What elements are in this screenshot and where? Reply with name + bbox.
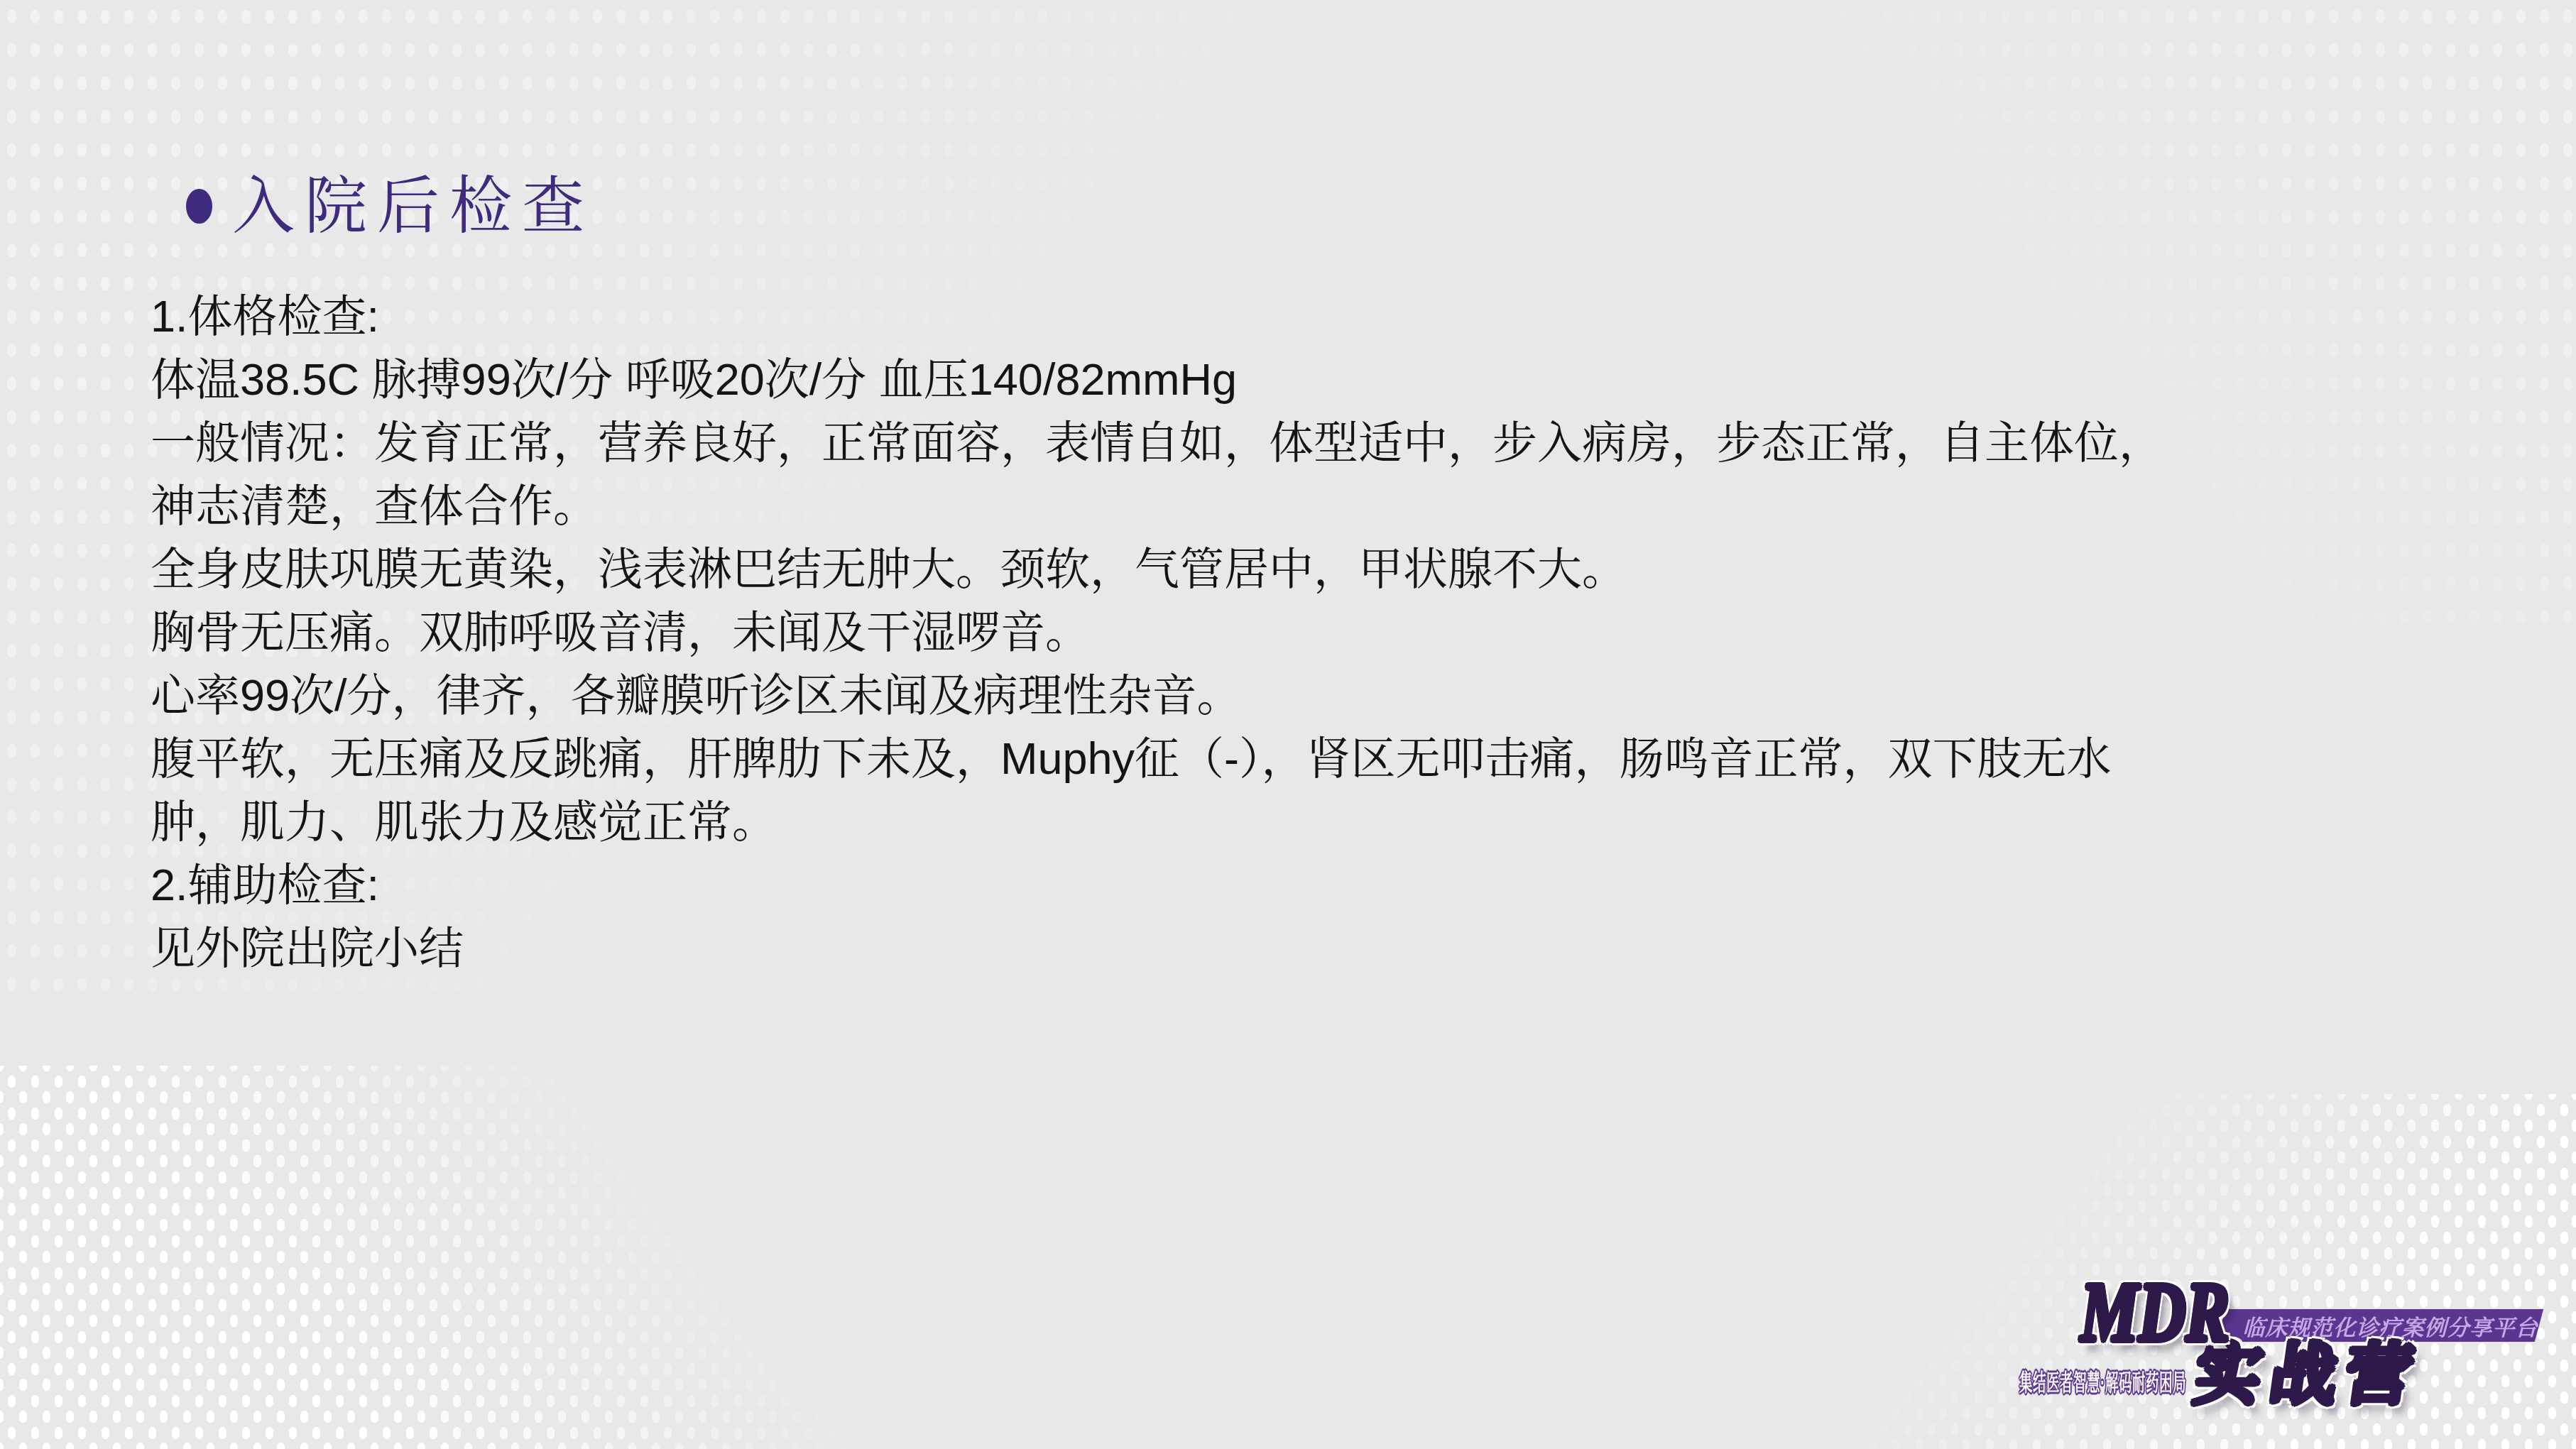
body-line: 一般情况：发育正常，营养良好，正常面容，表情自如，体型适中，步入病房，步态正常，… — [151, 412, 2163, 475]
body-line: 全身皮肤巩膜无黄染，浅表淋巴结无肿大。颈软，气管居中，甲状腺不大。 — [151, 538, 2163, 601]
slide-title: 入院后检查 — [232, 173, 594, 239]
body-line: 1.体格检查: — [151, 285, 2163, 349]
body-line: 胸骨无压痛。双肺呼吸音清，未闻及干湿啰音。 — [151, 601, 2163, 665]
body-line: 肿，肌力、肌张力及感觉正常。 — [151, 791, 2163, 854]
body-line: 2.辅助检查: — [151, 854, 2163, 917]
title-bullet-icon — [186, 189, 212, 224]
logo-tagline-text: 临床规范化诊疗案例分享平台 — [2241, 1310, 2545, 1342]
logo-slogan-text: 集结医者智慧·解码耐药困局 — [2019, 1365, 2186, 1398]
dots-pattern-bottom-left — [0, 1066, 1101, 1449]
body-line: 体温38.5C 脉搏99次/分 呼吸20次/分 血压140/82mmHg — [151, 349, 2163, 412]
mdr-logo: 临床规范化诊疗案例分享平台 MDR 实战营 集结医者智慧·解码耐药困局 — [2009, 1282, 2576, 1449]
body-line: 腹平软，无压痛及反跳痛，肝脾肋下未及，Muphy征（-），肾区无叩击痛，肠鸣音正… — [151, 728, 2163, 791]
body-line: 神志清楚，查体合作。 — [151, 475, 2163, 538]
body-line: 见外院出院小结 — [151, 917, 2163, 980]
slide-canvas: 入院后检查 1.体格检查: 体温38.5C 脉搏99次/分 呼吸20次/分 血压… — [0, 0, 2576, 1449]
body-text-block: 1.体格检查: 体温38.5C 脉搏99次/分 呼吸20次/分 血压140/82… — [151, 285, 2163, 980]
slide-title-row: 入院后检查 — [186, 173, 594, 239]
logo-brand-text: MDR — [2080, 1271, 2230, 1355]
body-line: 心率99次/分，律齐，各瓣膜听诊区未闻及病理性杂音。 — [151, 665, 2163, 728]
